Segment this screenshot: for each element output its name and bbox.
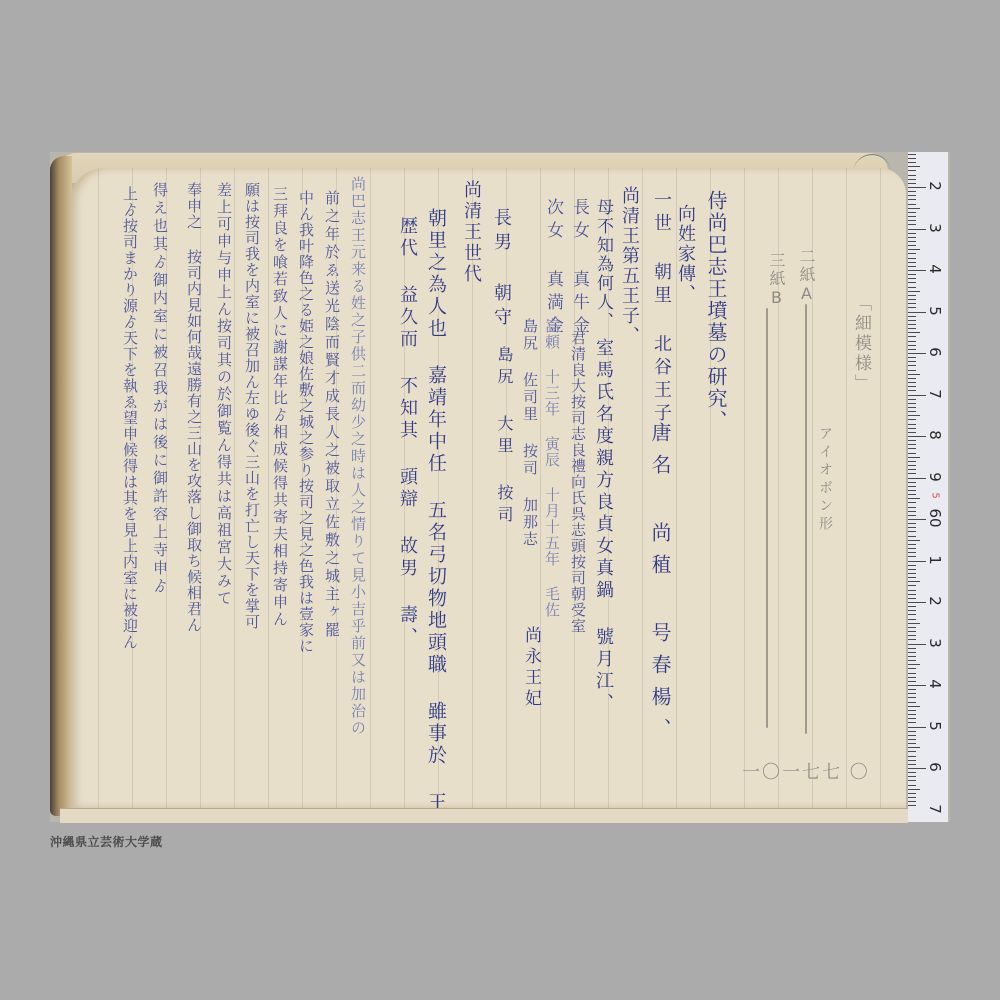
ruler-tick	[908, 253, 916, 254]
ruler-tick	[908, 548, 916, 549]
ruler-tick	[908, 312, 926, 313]
text-column: 母不知為何人、	[594, 198, 611, 331]
ruler-tick	[908, 183, 916, 184]
ruler-tick	[908, 303, 916, 304]
ruler-tick	[908, 515, 916, 516]
text-column: 向姓家傳、	[676, 204, 694, 304]
ruler-tick	[908, 266, 916, 267]
ruler-tick	[908, 249, 920, 250]
ruler-tick	[908, 706, 920, 707]
ruler-tick	[908, 793, 916, 794]
ruler-tick	[908, 627, 916, 628]
ruler-tick	[908, 631, 916, 632]
ruler-tick	[908, 216, 916, 217]
ruler-number: 3	[926, 217, 944, 239]
text-column: 歴代 益久而 不知其 頭辯 故男 壽、	[398, 216, 416, 649]
ruler-tick	[908, 801, 916, 802]
ruler-tick	[908, 635, 916, 636]
ruler-tick	[908, 764, 916, 765]
ruler-tick	[908, 386, 916, 387]
ruler-tick	[908, 727, 926, 728]
ruler-tick	[908, 291, 920, 292]
pencil-label-b: 三紙B	[768, 252, 784, 309]
ruler-tick	[908, 365, 916, 366]
ruler-tick	[908, 179, 916, 180]
ruler-tick	[908, 170, 916, 171]
ruler-tick	[908, 619, 916, 620]
ruler-tick	[908, 718, 916, 719]
ruler-tick	[908, 328, 916, 329]
text-column: 島尻 大里 按司	[496, 346, 512, 528]
ruler-tick	[908, 278, 916, 279]
ruler-tick	[908, 610, 916, 611]
ruler-tick	[908, 648, 916, 649]
ruler-tick	[908, 681, 916, 682]
pencil-bracket-note: 「細模様」	[852, 294, 869, 394]
ruler-tick	[908, 262, 916, 263]
ruler-tick	[908, 245, 916, 246]
ruled-line	[234, 168, 235, 808]
ruler-tick	[908, 569, 916, 570]
ruler-tick	[908, 224, 916, 225]
text-column: 長女 真牛金	[570, 198, 587, 339]
text-column: 長男 朝守	[492, 208, 510, 331]
ruler-tick	[908, 536, 916, 537]
ruler-tick	[908, 419, 916, 420]
ruler-tick	[908, 204, 916, 205]
ruler-tick	[908, 573, 916, 574]
notebook-page: 侍尚巴志王墳墓の研究、 向姓家傳、 一世 朝里 北谷王子 唐名 尚稙 号春楊、 …	[70, 168, 906, 808]
ruler-tick	[908, 353, 926, 354]
ruler-tick	[908, 166, 920, 167]
ruler-tick	[908, 212, 916, 213]
ruler-tick	[908, 556, 916, 557]
ruler-tick	[908, 237, 916, 238]
text-column: 君清良大按司志良禮向氏呉志頭按司朝受室	[570, 330, 585, 634]
ruler-number: 4	[926, 258, 944, 280]
ruled-line	[846, 168, 847, 808]
ruler-tick	[908, 457, 920, 458]
text-column: 島尻 佐司里 按司 加那志	[522, 318, 537, 548]
ruler-tick	[908, 370, 916, 371]
ruler-tick	[908, 332, 920, 333]
ruler-tick	[908, 336, 916, 337]
title-column: 侍尚巴志王墳墓の研究、	[706, 190, 726, 432]
ruler-tick	[908, 797, 916, 798]
text-column: 尚清王第五王子、	[620, 186, 638, 346]
ruler-tick	[908, 652, 916, 653]
ruler-tick	[908, 229, 926, 230]
ruled-line	[268, 168, 269, 808]
book-spine-edge	[50, 156, 72, 816]
ruler-number: 3	[926, 632, 944, 654]
ruler-tick	[908, 287, 916, 288]
ruler-tick	[908, 739, 916, 740]
narrative-column: 上ゟ按司まかり源ゟ天下を執ゑ望申候得は其を見上内室に被迎ん	[122, 186, 137, 650]
ruler-tick	[908, 482, 916, 483]
narrative-column: 三拜良を喰若致人に謝謀年比ゟ相成候得共寄夫相持寄申ん	[272, 186, 287, 628]
ruler-tick	[908, 594, 916, 595]
pencil-bracket-line-a	[805, 304, 807, 734]
ruler-tick	[908, 693, 916, 694]
ruler-tick	[908, 258, 916, 259]
ruler-number: 60	[926, 507, 944, 529]
ruler-tick	[908, 440, 916, 441]
ruler-tick	[908, 403, 916, 404]
ruler-tick	[908, 552, 916, 553]
ruler-tick	[908, 162, 916, 163]
ruler-tick	[908, 511, 916, 512]
ruler-tick	[908, 490, 916, 491]
ruler-tick	[908, 415, 920, 416]
ruler-tick	[908, 295, 916, 296]
ruler-tick	[908, 685, 926, 686]
ruler-tick	[908, 689, 916, 690]
ruler-tick	[908, 780, 916, 781]
ruler-tick	[908, 768, 926, 769]
ruler-tick	[908, 523, 916, 524]
ruler-tick	[908, 361, 916, 362]
ruler-number: 5	[926, 300, 944, 322]
ruler-tick	[908, 785, 916, 786]
ruler-tick	[908, 274, 916, 275]
ruler-tick	[908, 656, 916, 657]
ruler-number: 7	[926, 798, 944, 820]
ruler-number: 4	[926, 673, 944, 695]
ruler-tick	[908, 465, 916, 466]
measurement-ruler: 234567896012345675	[908, 152, 948, 822]
ruler-tick	[908, 660, 916, 661]
ruler-tick	[908, 357, 916, 358]
text-column: 室馬氏名度親方良貞女真鍋 號月江、	[594, 338, 612, 715]
ruler-tick	[908, 602, 926, 603]
ruler-tick	[908, 399, 916, 400]
text-column: 唐名 尚稙 号春楊、	[650, 422, 670, 750]
ruler-tick	[908, 544, 916, 545]
ruler-number: 2	[926, 590, 944, 612]
next-page-edge	[60, 808, 908, 823]
ruler-tick	[908, 498, 920, 499]
ruler-number: 7	[926, 383, 944, 405]
ruler-tick	[908, 527, 916, 528]
ruler-tick	[908, 677, 916, 678]
ruler-number: 6	[926, 341, 944, 363]
ruler-number: 2	[926, 175, 944, 197]
ruler-tick	[908, 316, 916, 317]
ruler-tick	[908, 208, 920, 209]
ruler-tick	[908, 282, 916, 283]
ruler-number: 5	[926, 715, 944, 737]
ruler-tick	[908, 341, 916, 342]
ruler-tick	[908, 585, 916, 586]
ruler-tick	[908, 561, 926, 562]
ruler-tick	[908, 565, 916, 566]
narrative-column: 得え也其ゟ御内室に被召我がは後に御許容上寺申ゟ	[152, 182, 167, 596]
pencil-bracket-line-b	[766, 308, 768, 728]
ruler-tick	[908, 710, 916, 711]
ruler-tick	[908, 776, 916, 777]
pencil-label-a: 二紙A	[798, 248, 814, 305]
ruler-tick	[908, 241, 916, 242]
ruler-number: 1	[926, 549, 944, 571]
ruler-tick	[908, 191, 916, 192]
ruler-tick	[908, 299, 916, 300]
ruler-tick	[908, 697, 916, 698]
ruler-tick	[908, 390, 916, 391]
ruler-tick	[908, 486, 916, 487]
collection-caption: 沖縄県立芸術大学蔵	[50, 833, 163, 850]
ruler-tick	[908, 760, 916, 761]
ruler-tick	[908, 349, 916, 350]
ruler-tick	[908, 540, 920, 541]
ruler-tick	[908, 805, 916, 806]
ruler-tick	[908, 577, 916, 578]
ruler-tick	[908, 478, 926, 479]
ruler-tick	[908, 407, 916, 408]
ruled-line	[540, 168, 541, 808]
text-column: 尚清王世代	[462, 180, 480, 285]
ruler-tick	[908, 581, 920, 582]
ruler-tick	[908, 735, 916, 736]
ruler-tick	[908, 639, 916, 640]
ruler-tick	[908, 175, 916, 176]
ruler-tick	[908, 382, 916, 383]
ruler-number: 6	[926, 756, 944, 778]
ruler-tick	[908, 702, 916, 703]
ruler-tick	[908, 747, 920, 748]
narrative-column: 差上可申与申上ん按司其の於御覧ん得共は高祖宮大みて	[216, 182, 231, 607]
ruled-line	[744, 168, 745, 808]
ruler-tick	[908, 789, 920, 790]
ruler-tick	[908, 473, 916, 474]
ruler-tick	[908, 158, 916, 159]
ruler-tick	[908, 233, 916, 234]
ruler-half-mark: 5	[930, 485, 941, 507]
ruled-line	[370, 168, 371, 808]
ruler-tick	[908, 756, 916, 757]
ruler-tick	[908, 606, 916, 607]
ruler-tick	[908, 378, 916, 379]
ruler-tick	[908, 519, 926, 520]
ruler-tick	[908, 644, 926, 645]
narrative-column: 中ん我叶降色之る姫之娘佐敷之城之参り按司之見之色我は壹家に	[298, 190, 313, 654]
pencil-kana-note: アイオボン形	[818, 426, 832, 534]
ruler-tick	[908, 668, 916, 669]
ruler-tick	[908, 448, 916, 449]
ruler-tick	[908, 395, 926, 396]
ruler-tick	[908, 461, 916, 462]
ruled-line	[642, 168, 643, 808]
ruler-tick	[908, 751, 916, 752]
ruler-tick	[908, 664, 920, 665]
pencil-bottom-numbers: 一〇一七七 〇	[742, 758, 870, 784]
narrative-column: 前之年於ゑ送光陰而賢才成長人之被取立佐敷之城主ヶ罷	[324, 190, 339, 640]
ruler-tick	[908, 199, 916, 200]
ruled-line	[98, 168, 99, 808]
ruler-tick	[908, 270, 926, 271]
ruler-tick	[908, 453, 916, 454]
ruler-tick	[908, 502, 916, 503]
ruler-tick	[908, 469, 916, 470]
ruler-tick	[908, 444, 916, 445]
ruler-tick	[908, 731, 916, 732]
ruler-tick	[908, 436, 926, 437]
ruler-tick	[908, 307, 916, 308]
ruler-tick	[908, 772, 916, 773]
text-column: 嵩頼 十三年 寅辰 十月十五年 毛佐	[544, 318, 559, 618]
narrative-column: 願は按司我を内室に被召加ん左ゆ後ぐ三山を打亡し天下を掌可	[244, 182, 259, 630]
ruler-tick	[908, 722, 916, 723]
narrative-column: 奉申之 按司内見如何哉遠勝有之三山を攻落し御取ち候相君ん	[186, 182, 201, 633]
ruler-tick	[908, 614, 916, 615]
ruler-tick	[908, 590, 916, 591]
ruler-tick	[908, 374, 920, 375]
ruler-tick	[908, 345, 916, 346]
ruler-tick	[908, 154, 916, 155]
ruler-tick	[908, 531, 916, 532]
ruler-tick	[908, 187, 926, 188]
ruler-tick	[908, 507, 916, 508]
narrative-column: 尚巴志王元来る姓之子供二而幼少之時は人之情りて見小吉乎前又は加治の	[350, 176, 365, 737]
ruler-number: 8	[926, 424, 944, 446]
ruler-tick	[908, 598, 916, 599]
ruler-tick	[908, 324, 916, 325]
ruler-tick	[908, 714, 916, 715]
ruler-tick	[908, 424, 916, 425]
ruler-tick	[908, 494, 916, 495]
ruler-tick	[908, 623, 920, 624]
text-column: 一世 朝里 北谷王子	[652, 190, 670, 426]
ruled-line	[880, 168, 881, 808]
text-column: 尚永王妃	[522, 626, 539, 710]
text-column: 朝里之為人也 嘉靖年中任 五名弓切物地頭職 雖事於 王朝	[426, 208, 445, 808]
ruler-tick	[908, 411, 916, 412]
ruler-tick	[908, 743, 916, 744]
ruler-tick	[908, 432, 916, 433]
ruler-tick	[908, 195, 916, 196]
ruler-tick	[908, 673, 916, 674]
ruler-tick	[908, 428, 916, 429]
ruler-tick	[908, 320, 916, 321]
ruler-tick	[908, 220, 916, 221]
